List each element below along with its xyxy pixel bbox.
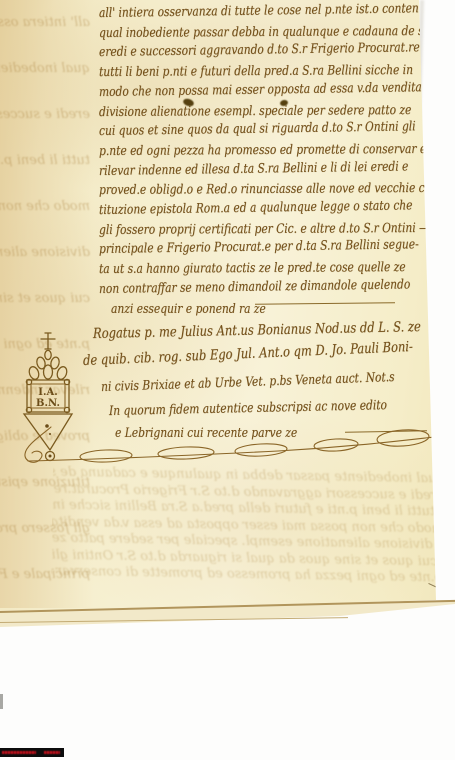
text-line: tituzione epistola Rom.a ed a qualunque … xyxy=(99,197,370,221)
petal-crown xyxy=(28,350,69,380)
text-line: rilevar indenne ed illesa d.ta S.ra Bell… xyxy=(99,158,370,182)
cross-icon xyxy=(41,333,55,349)
monogram-bottom: B.N. xyxy=(36,398,60,409)
margin-mark: lb xyxy=(436,286,445,296)
verso-bleedthrough: qual inobediente passar debba in qualunq… xyxy=(51,465,445,590)
watermark-red-text xyxy=(2,751,36,754)
text-line: ni civis Brixiae et ab Urbe Vet. p.bs Ve… xyxy=(101,370,395,395)
text-line: Rogatus p. me Julius Ant.us Bonianus Nod… xyxy=(93,319,421,342)
manuscript-body-text: all' intiera osservanza di tutte le cose… xyxy=(99,4,429,300)
watermark-red-number xyxy=(44,751,60,754)
monogram-box: I.A. B.N. xyxy=(26,379,69,412)
watermark-bar xyxy=(0,748,64,757)
text-line: non contraffar se meno dimandoil ze dima… xyxy=(99,276,370,300)
text-line: de quib. cib. rog. sub Ego Jul. Ant.o qm… xyxy=(83,339,413,369)
text-line: anzi essequir e ponend ra ze xyxy=(111,302,266,317)
ink-dash xyxy=(255,302,395,305)
text-line: eredi e successori aggravando d.to S.r F… xyxy=(99,39,370,63)
scanned-manuscript: all' intiera osservanza di tutte le cose… xyxy=(0,0,455,760)
scan-edge-artifact xyxy=(0,694,3,709)
manuscript-page: all' intiera osservanza di tutte le cose… xyxy=(0,0,455,760)
signature-flourish xyxy=(18,425,438,475)
text-line: principale e Frigerio Procurat.e per d.t… xyxy=(99,236,370,260)
text-line: modo che non possa mai esser opposta ad … xyxy=(99,79,370,103)
text-line: cui quos et sine quos da qual si riguard… xyxy=(99,118,370,142)
text-line: all' intiera osservanza di tutte le cose… xyxy=(99,0,370,24)
text-line: In quorum fidem autentice subscripsi ac … xyxy=(109,398,387,419)
monogram-top: I.A. xyxy=(38,387,57,398)
pen-flick xyxy=(437,590,449,595)
